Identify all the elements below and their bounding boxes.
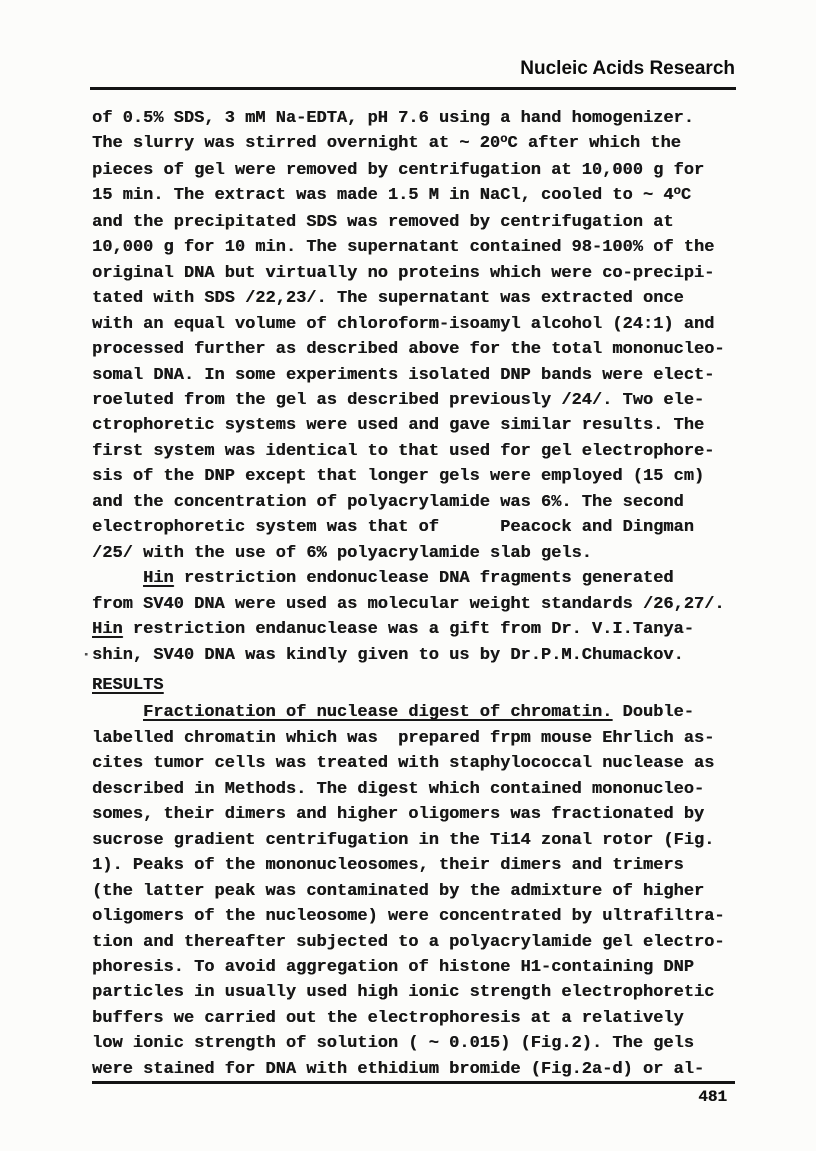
text-line: Hin restriction endonuclease DNA fragmen… [92,566,756,591]
text-line: tated with SDS /22,23/. The supernatant … [92,286,756,311]
text-line: somal DNA. In some experiments isolated … [92,363,756,388]
text-line: roeluted from the gel as described previ… [92,388,756,413]
text-line: 10,000 g for 10 min. The supernatant con… [92,235,756,260]
text-line: were stained for DNA with ethidium bromi… [92,1057,756,1082]
text-line: first system was identical to that used … [92,439,756,464]
text-line: tion and thereafter subjected to a polya… [92,930,756,955]
footer-rule [92,1081,735,1084]
page: Nucleic Acids Research of 0.5% SDS, 3 mM… [0,0,816,1151]
text-line: original DNA but virtually no proteins w… [92,261,756,286]
text-line: with an equal volume of chloroform-isoam… [92,312,756,337]
text-line: Hin restriction endanuclease was a gift … [92,617,756,642]
text-line: oligomers of the nucleosome) were concen… [92,904,756,929]
text-line: 15 min. The extract was made 1.5 M in Na… [92,183,756,209]
journal-title: Nucleic Acids Research [520,58,735,80]
text-line: sis of the DNP except that longer gels w… [92,464,756,489]
text-line: and the precipitated SDS was removed by … [92,210,756,235]
text-line: phoresis. To avoid aggregation of histon… [92,955,756,980]
text-line: pieces of gel were removed by centrifuga… [92,158,756,183]
text-line: cites tumor cells was treated with staph… [92,751,756,776]
text-line: buffers we carried out the electrophores… [92,1006,756,1031]
text-line: (the latter peak was contaminated by the… [92,879,756,904]
text-line: /25/ with the use of 6% polyacrylamide s… [92,541,756,566]
text-line: ctrophoretic systems were used and gave … [92,413,756,438]
text-line: sucrose gradient centrifugation in the T… [92,828,756,853]
text-line: described in Methods. The digest which c… [92,777,756,802]
text-line: electrophoretic system was that of Peaco… [92,515,756,540]
text-line: Fractionation of nuclease digest of chro… [92,700,756,725]
text-line: and the concentration of polyacrylamide … [92,490,756,515]
text-line: low ionic strength of solution ( ~ 0.015… [92,1031,756,1056]
text-line: The slurry was stirred overnight at ~ 20… [92,131,756,157]
text-line: 1). Peaks of the mononucleosomes, their … [92,853,756,878]
text-line: of 0.5% SDS, 3 mM Na-EDTA, pH 7.6 using … [92,106,756,131]
text-line: particles in usually used high ionic str… [92,980,756,1005]
text-line: somes, their dimers and higher oligomers… [92,802,756,827]
text-line: from SV40 DNA were used as molecular wei… [92,592,756,617]
text-line: ·shin, SV40 DNA was kindly given to us b… [92,643,756,668]
text-line: labelled chromatin which was prepared fr… [92,726,756,751]
text-line: RESULTS [92,673,756,698]
header-rule [90,87,736,90]
page-number: 481 [698,1088,727,1106]
body-text: of 0.5% SDS, 3 mM Na-EDTA, pH 7.6 using … [92,106,756,1082]
text-line: processed further as described above for… [92,337,756,362]
